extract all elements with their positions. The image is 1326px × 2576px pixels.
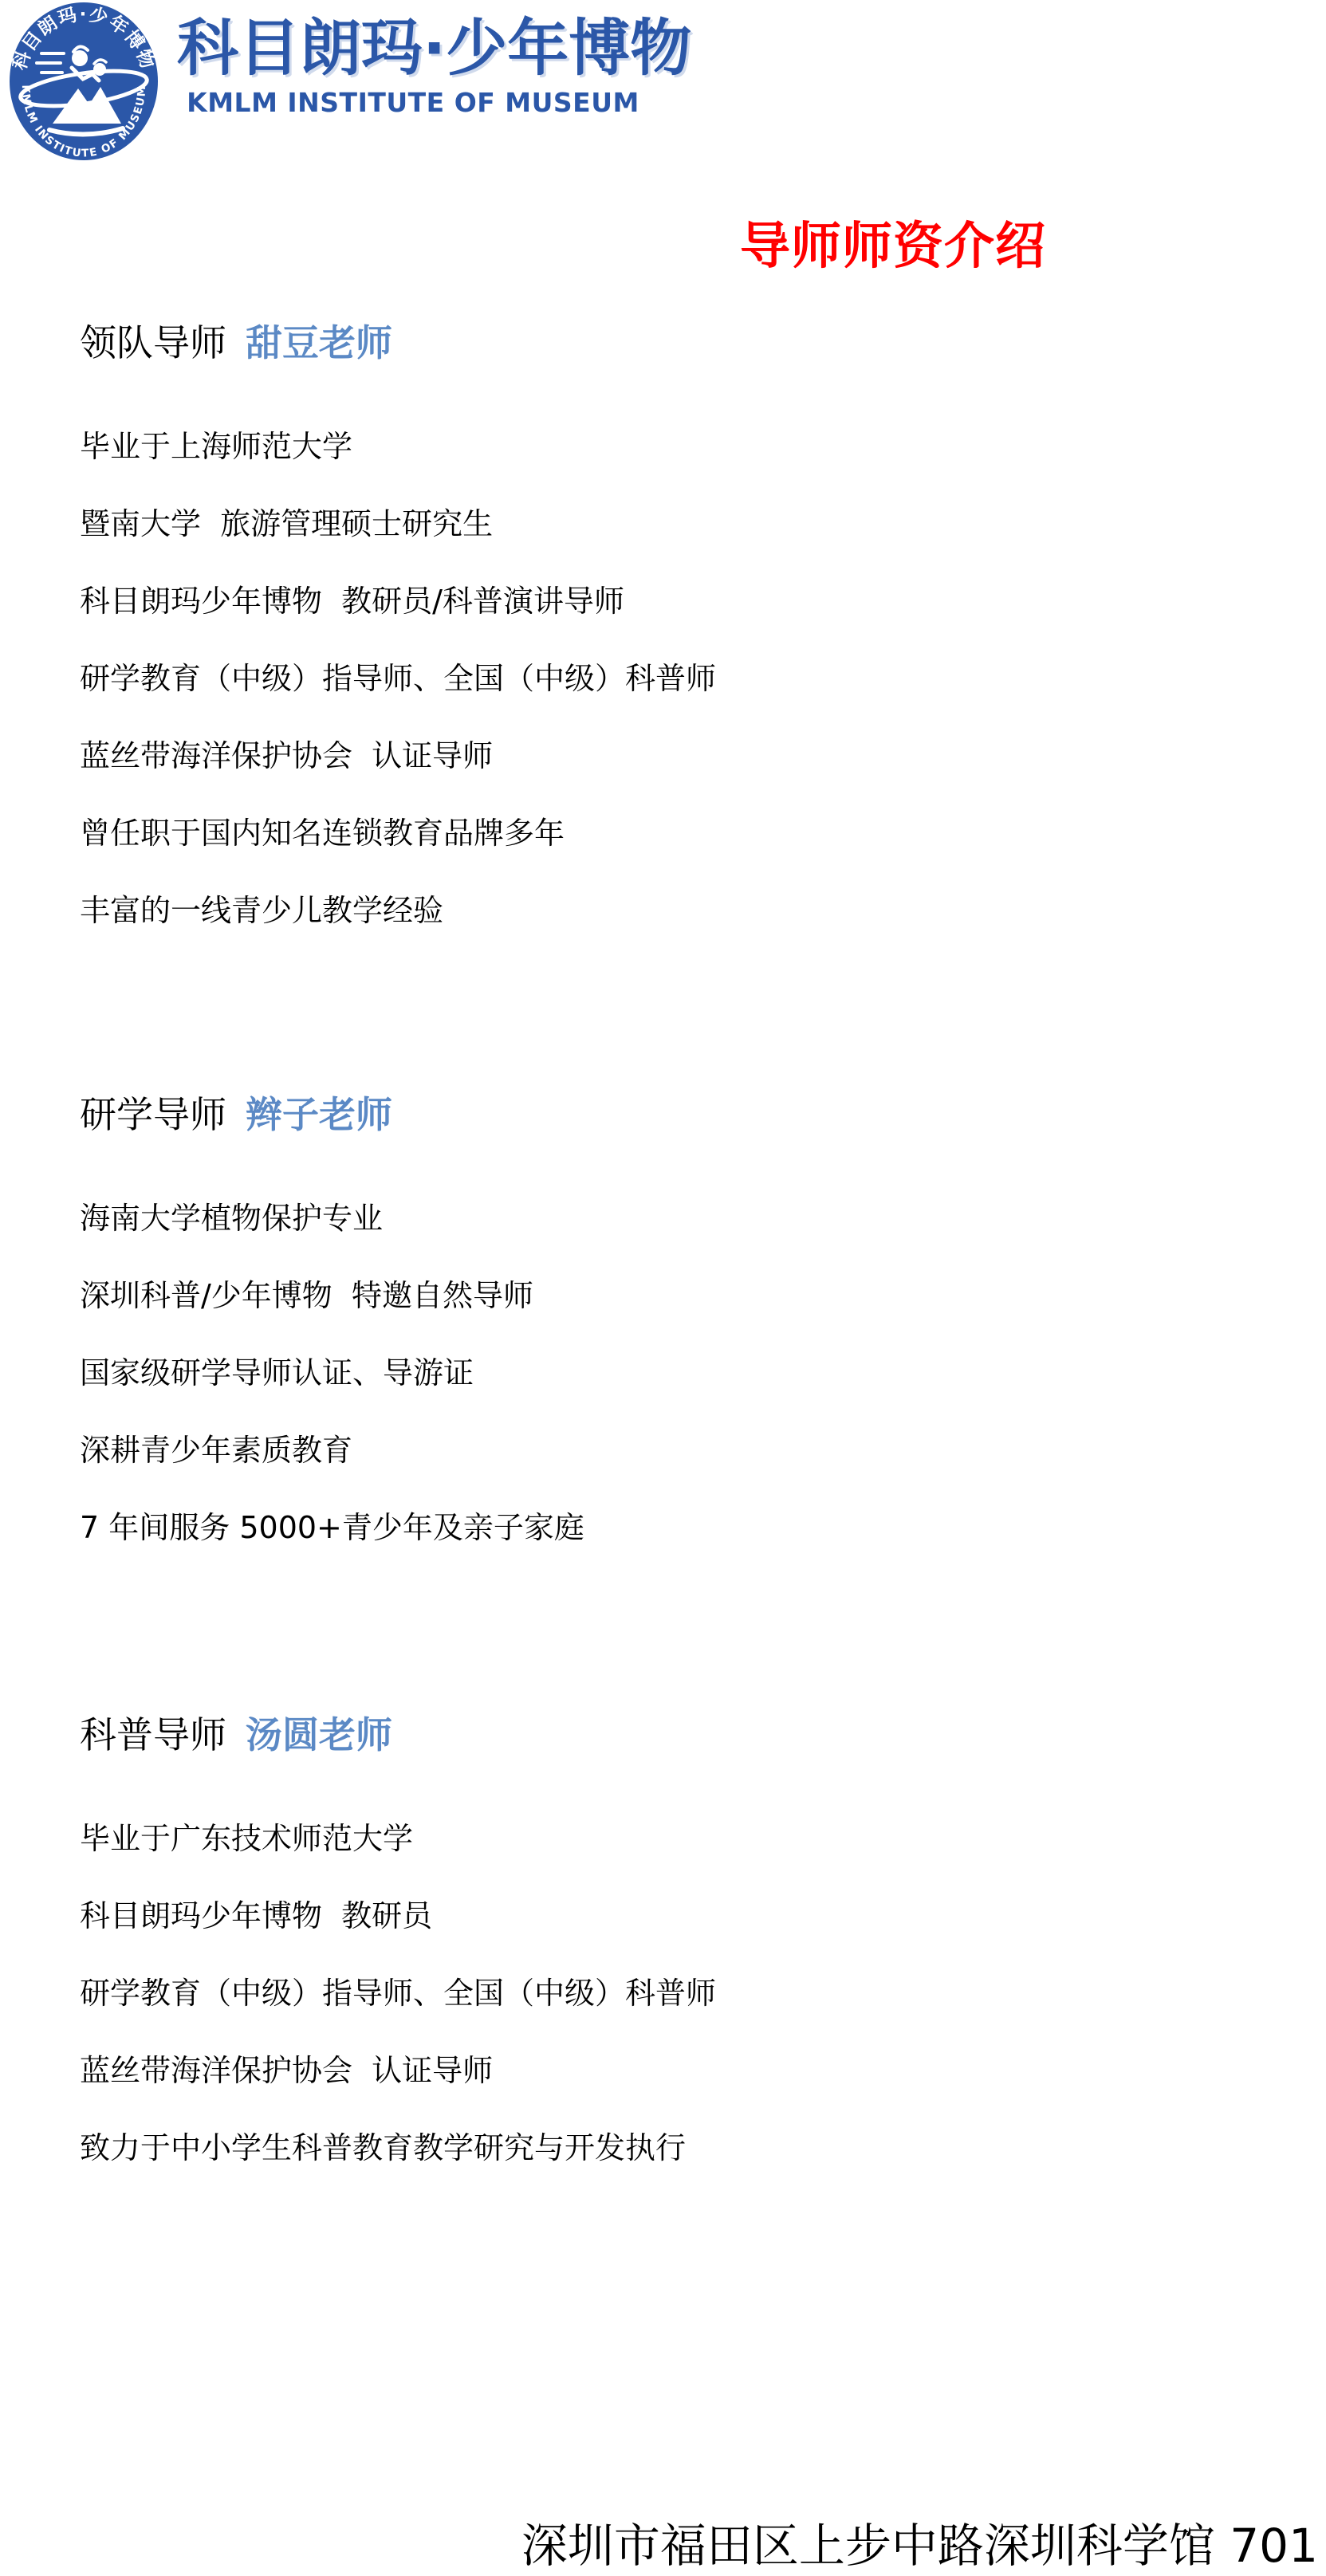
instructor-name: 辫子老师 bbox=[246, 1093, 392, 1136]
instructor-name: 汤圆老师 bbox=[246, 1713, 392, 1756]
instructor-role-label: 研学导师 bbox=[80, 1093, 226, 1136]
instructor-role-label: 科普导师 bbox=[80, 1713, 226, 1756]
credential-line: 国家级研学导师认证、导游证 bbox=[80, 1358, 1244, 1388]
section-heading: 研学导师辫子老师 bbox=[80, 1094, 1244, 1136]
credential-line: 毕业于广东技术师范大学 bbox=[80, 1823, 1244, 1854]
credential-line: 蓝丝带海洋保护协会 认证导师 bbox=[80, 2055, 1244, 2086]
brand-wordmark-cn: 科目朗玛·少年博物 bbox=[177, 18, 649, 82]
instructor-section-study: 研学导师辫子老师 海南大学植物保护专业 深圳科普/少年博物 特邀自然导师 国家级… bbox=[80, 1094, 1244, 1590]
credential-line: 丰富的一线青少儿教学经验 bbox=[80, 895, 1244, 926]
instructor-name: 甜豆老师 bbox=[246, 321, 392, 364]
credential-line: 科目朗玛少年博物 教研员/科普演讲导师 bbox=[80, 586, 1244, 616]
credential-line: 曾任职于国内知名连锁教育品牌多年 bbox=[80, 818, 1244, 848]
instructor-role-label: 领队导师 bbox=[80, 321, 226, 364]
credential-line: 研学教育（中级）指导师、全国（中级）科普师 bbox=[80, 1978, 1244, 2008]
brand-wordmark-block: 科目朗玛·少年博物 KMLM INSTITUTE OF MUSEUM bbox=[177, 18, 649, 118]
instructor-section-science: 科普导师汤圆老师 毕业于广东技术师范大学 科目朗玛少年博物 教研员 研学教育（中… bbox=[80, 1714, 1244, 2210]
brand-wordmark-en: KMLM INSTITUTE OF MUSEUM bbox=[177, 87, 649, 118]
credential-line: 致力于中小学生科普教育教学研究与开发执行 bbox=[80, 2133, 1244, 2163]
brand-logo-emblem: 科目朗玛·少年博物 KMLM INSTITUTE OF MUSEUM bbox=[10, 2, 158, 160]
emblem-goat-head-2 bbox=[93, 63, 106, 76]
credential-line: 研学教育（中级）指导师、全国（中级）科普师 bbox=[80, 663, 1244, 694]
credential-line: 毕业于上海师范大学 bbox=[80, 431, 1244, 462]
credential-line: 7 年间服务 5000+青少年及亲子家庭 bbox=[80, 1512, 1244, 1543]
footer-address: 深圳市福田区上步中路深圳科学馆 701 bbox=[521, 2508, 1318, 2575]
page-title: 导师师资介绍 bbox=[740, 206, 1046, 278]
credential-line: 蓝丝带海洋保护协会 认证导师 bbox=[80, 741, 1244, 771]
credential-line: 深耕青少年素质教育 bbox=[80, 1435, 1244, 1465]
credential-line: 暨南大学 旅游管理硕士研究生 bbox=[80, 509, 1244, 539]
credential-line: 科目朗玛少年博物 教研员 bbox=[80, 1901, 1244, 1931]
section-heading: 领队导师甜豆老师 bbox=[80, 322, 1244, 364]
section-heading: 科普导师汤圆老师 bbox=[80, 1714, 1244, 1756]
instructor-section-lead: 领队导师甜豆老师 毕业于上海师范大学 暨南大学 旅游管理硕士研究生 科目朗玛少年… bbox=[80, 322, 1244, 973]
credential-line: 海南大学植物保护专业 bbox=[80, 1203, 1244, 1233]
credential-line: 深圳科普/少年博物 特邀自然导师 bbox=[80, 1280, 1244, 1311]
